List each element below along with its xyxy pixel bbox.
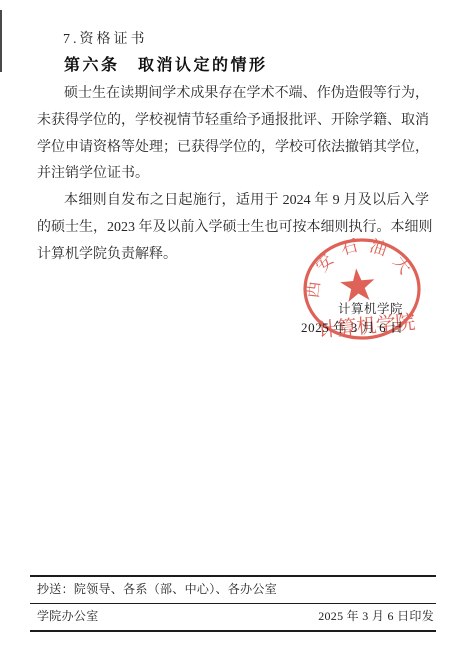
seal-star-icon xyxy=(339,267,376,302)
body-line: 学位申请资格等处理；已获得学位的，学校可依法撤销其学位， xyxy=(37,135,429,162)
footer-rule-bottom xyxy=(30,630,436,632)
version-block: 抄送：院领导、各系（部、中心）、各办公室 学院办公室 2025 年 3 月 6 … xyxy=(30,575,436,632)
body-line: 本细则自发布之日起施行，适用于 2024 年 9 月及以后入学 xyxy=(37,188,429,215)
body-line: 并注销学位证书。 xyxy=(37,161,429,188)
scan-edge-artifact xyxy=(0,10,2,72)
official-seal: 西安石油大学 计算机学院 xyxy=(300,238,426,346)
document-page: 7.资格证书 第六条 取消认定的情形 硕士生在读期间学术成果存在学术不端、作伪造… xyxy=(0,0,466,646)
issue-date: 2025 年 3 月 6 日印发 xyxy=(318,604,434,630)
body-line: 未获得学位的，学校视情节轻重给予通报批评、开除学籍、取消 xyxy=(37,108,429,135)
body-line: 硕士生在读期间学术成果存在学术不端、作伪造假等行为， xyxy=(37,81,429,108)
article-heading: 第六条 取消认定的情形 xyxy=(37,54,429,76)
document-body: 7.资格证书 第六条 取消认定的情形 硕士生在读期间学术成果存在学术不端、作伪造… xyxy=(37,30,429,269)
issue-line: 学院办公室 2025 年 3 月 6 日印发 xyxy=(30,604,436,630)
seal-department-text: 计算机学院 xyxy=(317,311,417,342)
issuing-office: 学院办公室 xyxy=(37,604,99,630)
cc-line: 抄送：院领导、各系（部、中心）、各办公室 xyxy=(30,577,436,603)
list-item-7: 7.资格证书 xyxy=(37,30,429,50)
